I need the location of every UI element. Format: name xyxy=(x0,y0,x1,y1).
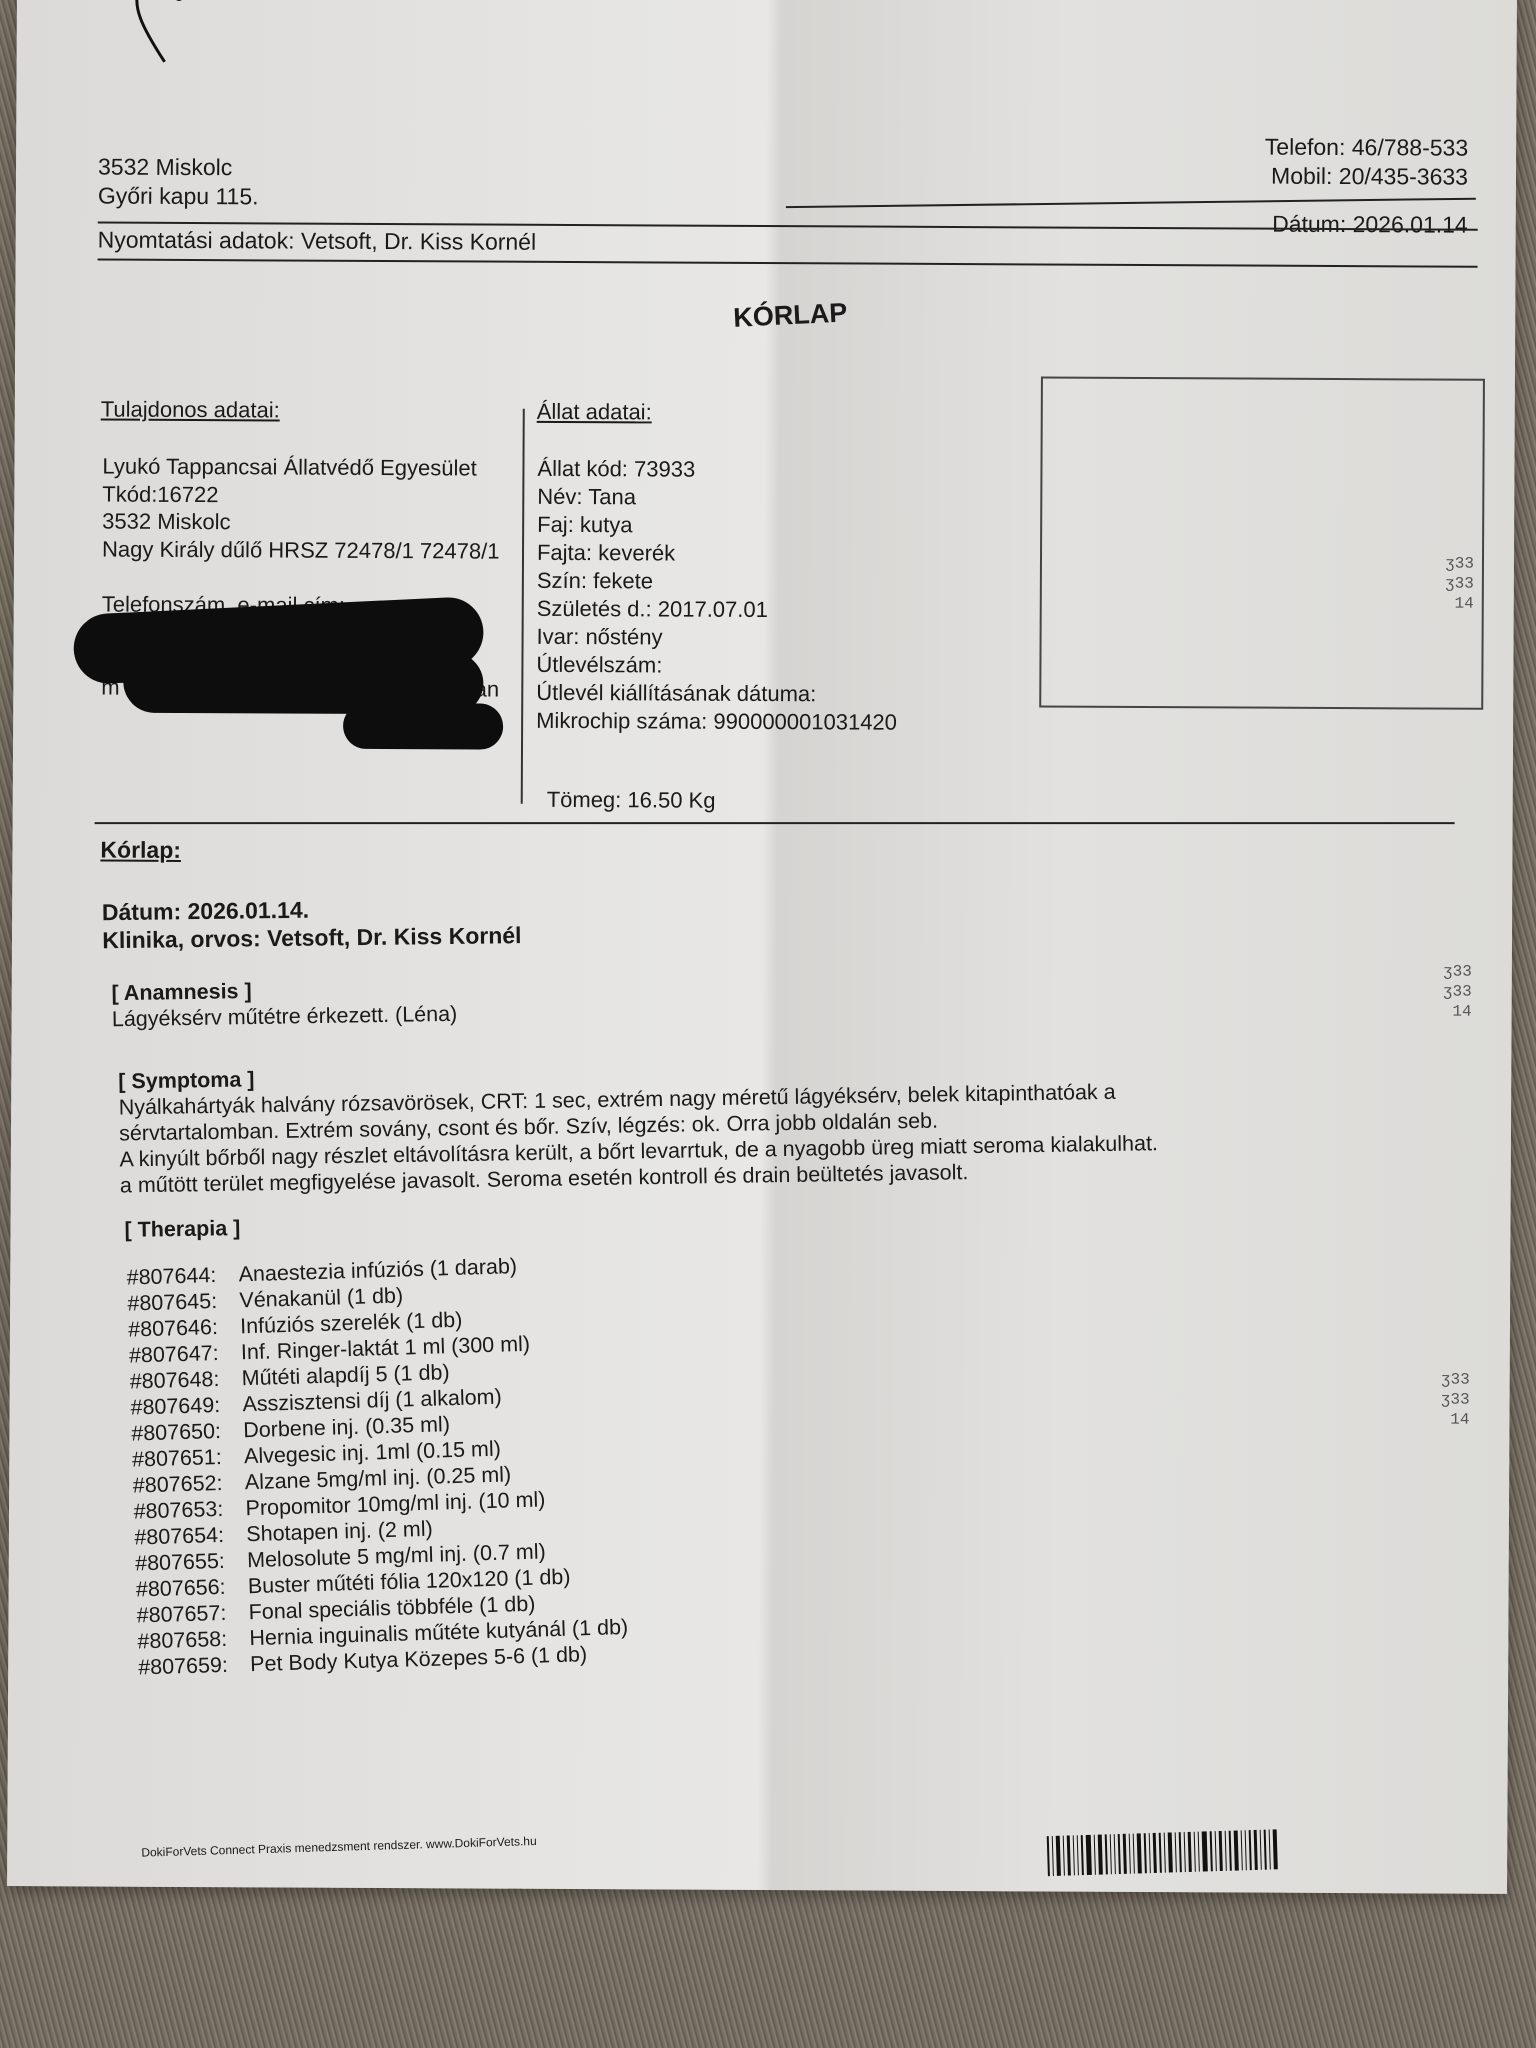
therapia-label: [ Therapia ] xyxy=(124,1216,240,1243)
therapia-code: #807647: xyxy=(129,1339,242,1368)
print-info: Nyomtatási adatok: Vetsoft, Dr. Kiss Kor… xyxy=(98,227,537,256)
therapia-code: #807652: xyxy=(132,1469,245,1498)
animal-species: Faj: kutya xyxy=(537,511,898,541)
animal-passport: Útlevélszám: xyxy=(536,651,897,681)
therapia-desc: Vénakanül (1 db) xyxy=(239,1283,403,1312)
owner-city: 3532 Miskolc xyxy=(102,508,500,538)
header-rule xyxy=(786,198,1476,208)
symptoma-section: [ Symptoma ] Nyálkahártyák halvány rózsa… xyxy=(118,1048,1440,1199)
therapia-code: #807651: xyxy=(132,1443,245,1472)
owner-name: Lyukó Tappancsai Állatvédő Egyesület xyxy=(102,453,500,483)
clinic-logo-fragment xyxy=(127,0,207,67)
therapia-list: #807644:Anaestezia infúziós (1 darab)#80… xyxy=(126,1250,629,1680)
clinic-phone: Telefon: 46/788-533 xyxy=(1265,133,1468,163)
animal-heading: Állat adatai: xyxy=(537,399,652,426)
footer-text: DokiForVets Connect Praxis menedzsment r… xyxy=(141,1834,537,1860)
redaction-mark xyxy=(343,703,503,750)
therapia-code: #807658: xyxy=(137,1625,250,1654)
record-heading: Kórlap: xyxy=(100,837,181,864)
paper-sheet: 3532 Miskolc Győri kapu 115. Telefon: 46… xyxy=(7,0,1517,1894)
anamnesis-section: [ Anamnesis ] Lágyéksérv műtétre érkezet… xyxy=(111,975,457,1032)
therapia-code: #807646: xyxy=(128,1313,241,1342)
column-divider xyxy=(521,409,525,804)
therapia-code: #807645: xyxy=(127,1287,240,1316)
print-date: Dátum: 2026.01.14 xyxy=(1272,211,1468,239)
animal-code: Állat kód: 73933 xyxy=(537,455,898,485)
anamnesis-text: Lágyéksérv műtétre érkezett. (Léna) xyxy=(112,1001,458,1032)
owner-heading: Tulajdonos adatai: xyxy=(101,397,280,424)
therapia-code: #807649: xyxy=(130,1391,243,1420)
therapia-code: #807655: xyxy=(135,1547,248,1576)
animal-passport-date: Útlevél kiállításának dátuma: xyxy=(536,679,897,709)
animal-chip: Mikrochip száma: 990000001031420 xyxy=(536,707,897,737)
clinic-contact: Telefon: 46/788-533 Mobil: 20/435-3633 xyxy=(1265,133,1469,192)
edge-marks: ʒ33ʒ33 14 xyxy=(1443,962,1472,1022)
animal-birth: Születés d.: 2017.07.01 xyxy=(537,595,898,625)
animal-weight: Tömeg: 16.50 Kg xyxy=(547,787,716,814)
therapia-code: #807659: xyxy=(138,1651,251,1680)
therapia-code: #807656: xyxy=(136,1573,249,1602)
therapia-code: #807648: xyxy=(129,1365,242,1394)
document-title: KÓRLAP xyxy=(733,297,848,333)
header-rule xyxy=(98,259,1478,268)
animal-color: Szín: fekete xyxy=(537,567,898,597)
owner-tkod: Tkód:16722 xyxy=(102,480,500,510)
edge-marks: ʒ33ʒ33 14 xyxy=(1441,1370,1470,1430)
animal-sex: Ivar: nőstény xyxy=(537,623,898,653)
photo-placeholder xyxy=(1039,376,1485,709)
section-rule xyxy=(95,822,1455,824)
edge-marks: ʒ33ʒ33 14 xyxy=(1445,554,1474,614)
animal-details: Állat kód: 73933 Név: Tana Faj: kutya Fa… xyxy=(536,455,898,737)
therapia-code: #807654: xyxy=(134,1521,247,1550)
animal-breed: Fajta: keverék xyxy=(537,539,898,569)
therapia-code: #807650: xyxy=(131,1417,244,1446)
owner-street: Nagy Király dűlő HRSZ 72478/1 72478/1 xyxy=(102,535,500,565)
barcode xyxy=(1047,1825,1428,1876)
clinic-address: 3532 Miskolc Győri kapu 115. xyxy=(98,153,259,212)
visit-info: Dátum: 2026.01.14. Klinika, orvos: Vetso… xyxy=(102,893,522,954)
therapia-code: #807657: xyxy=(136,1599,249,1628)
therapia-code: #807644: xyxy=(126,1261,239,1290)
visit-clinic: Klinika, orvos: Vetsoft, Dr. Kiss Kornél xyxy=(102,921,522,954)
therapia-code: #807653: xyxy=(133,1495,246,1524)
clinic-mobile: Mobil: 20/435-3633 xyxy=(1265,162,1468,192)
animal-name: Név: Tana xyxy=(537,483,898,513)
